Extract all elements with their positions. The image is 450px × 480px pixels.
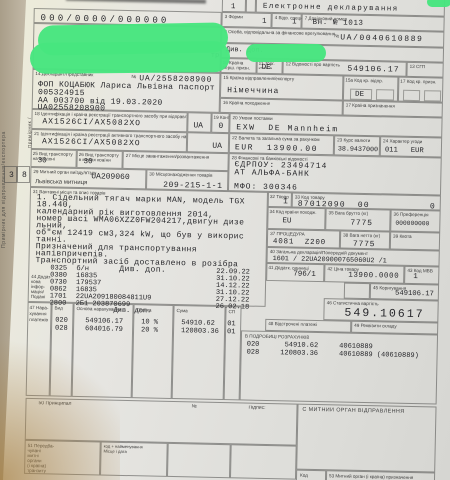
box51-label-cell: 51 Передба- чувані митні органи (і країн…	[24, 440, 101, 476]
box21-vehicle-id: AX1526CI/AX5082XO	[42, 138, 141, 149]
box15a-cell: 15а Код кр. відпр. DE	[343, 75, 399, 101]
box13-cell: 13 СГП	[406, 62, 443, 78]
boxB-row-2: 028 120803.36 40610889 (40610889)	[247, 349, 419, 361]
box17a-cell: 17 Код кр. призн.	[398, 77, 444, 103]
box51-label-6: транзиту	[27, 468, 46, 474]
electronic-declaration-note: Електронне декларування	[263, 3, 399, 14]
cut-off-title-smudge	[66, 0, 206, 4]
payment-sp: 01	[227, 320, 236, 328]
box9-label: 9 Особа, відповідальна за фінансове врег…	[224, 29, 349, 37]
box42-item-price: 13900.0000	[348, 272, 399, 281]
box37-cell: 37 ПРОЦЕДУРА 4081 Z200	[267, 229, 340, 249]
box35-cell: 35 Вага брутто (кг) 7775	[325, 208, 390, 231]
box47-header-rate: Ставка	[136, 307, 151, 312]
box9-no: №	[334, 33, 339, 38]
box22-label: 22 Валюта та загальна сума за рахунком	[232, 135, 332, 142]
box51-label-4: органи	[27, 458, 41, 463]
box3-value: 1	[262, 18, 267, 26]
box36-preference: 000000000	[395, 220, 429, 228]
box34-origin-code: EU	[282, 217, 291, 225]
box23-exchange-rate: 38.9437000	[338, 145, 378, 154]
box47-header-base: Основа нарахування	[76, 306, 132, 312]
box18-vehicle-id: AX1526CI/AX5082XO	[42, 118, 141, 129]
box39-label: 39 Квота	[393, 234, 412, 240]
box17a-subcell-a	[403, 90, 420, 101]
box41-units: 796/1	[293, 270, 316, 278]
box51-label-5: (і країна)	[27, 463, 46, 469]
boxB-label: В ПОДРОБИЦІ РОЗРАХУНКІВ	[245, 333, 310, 339]
green-redaction-blob-3	[427, 0, 450, 7]
box45-code-cell	[344, 283, 370, 300]
box26-cell: 26 Вид транспорту в межах країни 30	[76, 150, 122, 169]
box15-cell: 15 Країна відправлення/експорту Німеччин…	[220, 73, 343, 101]
box47-header-sp: СП	[228, 309, 235, 314]
payment-sum: 120803.36	[181, 327, 219, 336]
box49-label: 49 Реквізити складу	[354, 323, 437, 330]
box17a-subcell-b	[424, 90, 441, 101]
box39-cell: 39 Квота	[390, 232, 440, 251]
payment-rate: 20 %	[141, 326, 158, 334]
goods-line4: номер шасі WMA06XZZ0FW204217,двигун дизе	[36, 215, 244, 228]
goods-see-additional: Див. доп.	[119, 266, 166, 276]
box42-cell: 42 Ціна товару 13900.0000	[324, 264, 404, 284]
box47-label-1: 47 Нара-	[29, 305, 51, 311]
box50-label: 50 Принципал	[38, 401, 71, 407]
payment-type: 028	[55, 325, 68, 333]
box18-country-cell: UA	[187, 112, 211, 132]
box3-forms-cell: 3 Форми 1	[221, 12, 271, 28]
box23-cell: 23 Курс валюти 38.9437000	[334, 135, 380, 156]
box35-gross-weight: 7775	[350, 219, 373, 228]
box32-item-no: 1	[283, 197, 288, 206]
box18-country: UA	[193, 121, 203, 130]
box41-cell: 41 Додатк. одиниці 796/1	[266, 263, 324, 282]
box50-sign-label: Підпис:	[248, 406, 265, 412]
boxB-cell: В ПОДРОБИЦІ РОЗРАХУНКІВ 020 54910.62 406…	[240, 330, 438, 404]
box47-label-cell: 47 Нара- хування платежів	[26, 302, 52, 396]
payment-type: 020	[55, 317, 68, 325]
box38-cell: 38 Вага нетто (кг) 7775	[340, 230, 390, 249]
box14-cell: 14 Декларант/Представник № UA/2558208900…	[32, 69, 221, 113]
green-redaction-blob-2	[246, 44, 326, 62]
box50-no: №	[191, 404, 196, 410]
box53-label: 53 Митний орган (і країна) призначення	[329, 473, 434, 480]
box28-line2: АТ АЛЬФА-БАНК	[234, 169, 310, 179]
box11-value: DE	[262, 64, 271, 72]
box30-label: 30 Місцезнаходження товарів	[149, 171, 227, 178]
box36-label: 36 Преференція	[393, 212, 439, 218]
box25-value: 30	[38, 157, 47, 165]
box26-value: 30	[83, 158, 92, 166]
green-redaction-blob-1b	[30, 41, 230, 74]
box47-label-3: платежів	[29, 317, 51, 323]
box15a-label: 15а Код кр. відпр.	[345, 78, 397, 88]
box53-cell: 53 Митний орган (і країна) призначення	[326, 470, 435, 480]
box38-label: 38 Вага нетто (кг)	[343, 233, 389, 239]
box4-specs-cell: 4 Відв. специф. 1	[271, 13, 301, 29]
box21-country: UA	[212, 142, 222, 151]
box45-cell: 45 Коригування 549106.17	[370, 283, 439, 300]
box34-cell: 34 Код країни походж. EU	[267, 207, 325, 230]
box27-label: 27 Місце завантаження/розвантаження	[126, 153, 226, 160]
box15a-subcell-b	[376, 89, 394, 100]
box51-cell-3	[230, 444, 297, 479]
goods-line6: об"єм 12419 см3,324 kW, що був у викорис	[36, 229, 244, 242]
payment-sp: 01	[227, 328, 236, 336]
boxC-label: С МИТНИЙ ОРГАН ВІДПРАВЛЕННЯ	[302, 407, 404, 415]
box32-cell: 32 Товар 1	[268, 192, 292, 207]
box45-adjustment: 549106.17	[395, 290, 434, 299]
payment-base: 604016.79	[85, 325, 123, 334]
box46-stat-value: 549.10617	[344, 307, 424, 322]
box7-value: Вн. № 1013	[312, 19, 363, 28]
box29-code: UA209060	[91, 172, 130, 182]
box51-sub2: Місце і дата	[103, 450, 126, 455]
box37-label: 37 ПРОЦЕДУРА	[270, 231, 305, 237]
box19-label: 19 Конт.	[213, 115, 229, 120]
box46-cell: 46 Статистична вартість 549.10617	[323, 298, 438, 322]
payment-base: 549106.17	[85, 317, 123, 326]
box9-value: UA/0040610889	[340, 33, 423, 44]
box27-cell: 27 Місце завантаження/розвантаження	[122, 151, 228, 171]
box47-label-2: хування	[29, 311, 51, 317]
box30-cell: 30 Місцезнаходження товарів 209-215-1-1	[146, 169, 228, 191]
box36-cell: 36 Преференція 000000000	[390, 210, 440, 233]
box15-label: 15 Країна відправлення/експорту	[223, 75, 341, 83]
box15-value: Німеччина	[227, 87, 279, 97]
box20-label: 20 Умови поставки	[232, 115, 272, 121]
box53-code-label: Код	[300, 473, 308, 478]
box4-value: 1	[292, 18, 297, 26]
box19-cell: 19 Конт. 0	[211, 113, 229, 133]
box21-country-cell: UA	[187, 132, 229, 153]
box4-label: 4 Відв. специф.	[275, 15, 302, 21]
box47-header-vid: Вид	[54, 305, 62, 310]
box15a-subcell-a: DE	[350, 89, 372, 100]
box43-cell: 43 Код МВВ 1	[404, 266, 439, 285]
box38-net-weight: 7775	[353, 240, 376, 249]
box51-cell-1: код + найменування Місце і дата	[100, 441, 168, 476]
box37-procedure: 4081 Z200	[273, 238, 326, 247]
box1-cell-b	[246, 0, 256, 13]
box53-code-cell: Код	[296, 470, 326, 480]
box24-label: 24 Характер угоди	[383, 138, 441, 144]
box17a-label: 17 Код кр. призн.	[400, 79, 442, 89]
box24-cell: 24 Характер угоди 011 EUR	[380, 136, 442, 157]
box17-label: 17 Країна призначення	[346, 103, 395, 109]
box16-label: 16 Країна походження	[223, 100, 270, 106]
box12-value: 549106.17	[347, 65, 399, 75]
box51-label-2: чувані	[27, 448, 40, 453]
box14-no: №	[131, 74, 136, 79]
box24-deal-type: 011 EUR	[385, 146, 424, 155]
box19-value: 0	[218, 122, 223, 131]
box51-label-1: 51 Передба-	[28, 443, 55, 449]
box25-cell: 25 Вид транспорту на кордоні 30	[30, 149, 76, 168]
box44-label-5: Подані	[31, 294, 51, 300]
photo-of-customs-declaration: Примірник для відправлення/експортера Пр…	[0, 0, 450, 480]
box1-copies: 1	[231, 3, 236, 11]
box29-name: Львівська митниця	[35, 179, 87, 186]
box35-label: 35 Вага брутто (кг)	[329, 210, 389, 216]
box43-label: 43 Код МВВ	[407, 268, 438, 274]
box28-cell: 28 Фінансові та банківські відомості ЄДР…	[228, 153, 442, 195]
box22-invoice-total: EUR 13900.00	[235, 143, 318, 154]
box48-label: 48 Відстрочені платежі	[268, 321, 350, 328]
box50-cell: 50 Принципал № Підпис:	[25, 398, 298, 446]
box43-mvv-code: 1	[413, 273, 418, 281]
box15a-value: DE	[355, 91, 364, 99]
box22-cell: 22 Валюта та загальна сума за рахунком E…	[229, 133, 334, 155]
boxC-cell: С МИТНИЙ ОРГАН ВІДПРАВЛЕННЯ	[296, 404, 436, 473]
box47-header-sum: Сума	[176, 308, 187, 313]
box34-label: 34 Код країни походж.	[269, 209, 323, 219]
box1-cell: 1	[222, 0, 246, 12]
box29-cell: 29 Митний орган виїзду/в'їзду UA209060 Л…	[30, 167, 146, 189]
box13-label: 13 СГП	[410, 64, 426, 69]
box51-cell-2	[167, 443, 231, 478]
box51-label-3: митні	[27, 453, 38, 458]
box46-label: 46 Статистична вартість	[327, 300, 379, 306]
box23-label: 23 Курс валюти	[337, 137, 379, 143]
